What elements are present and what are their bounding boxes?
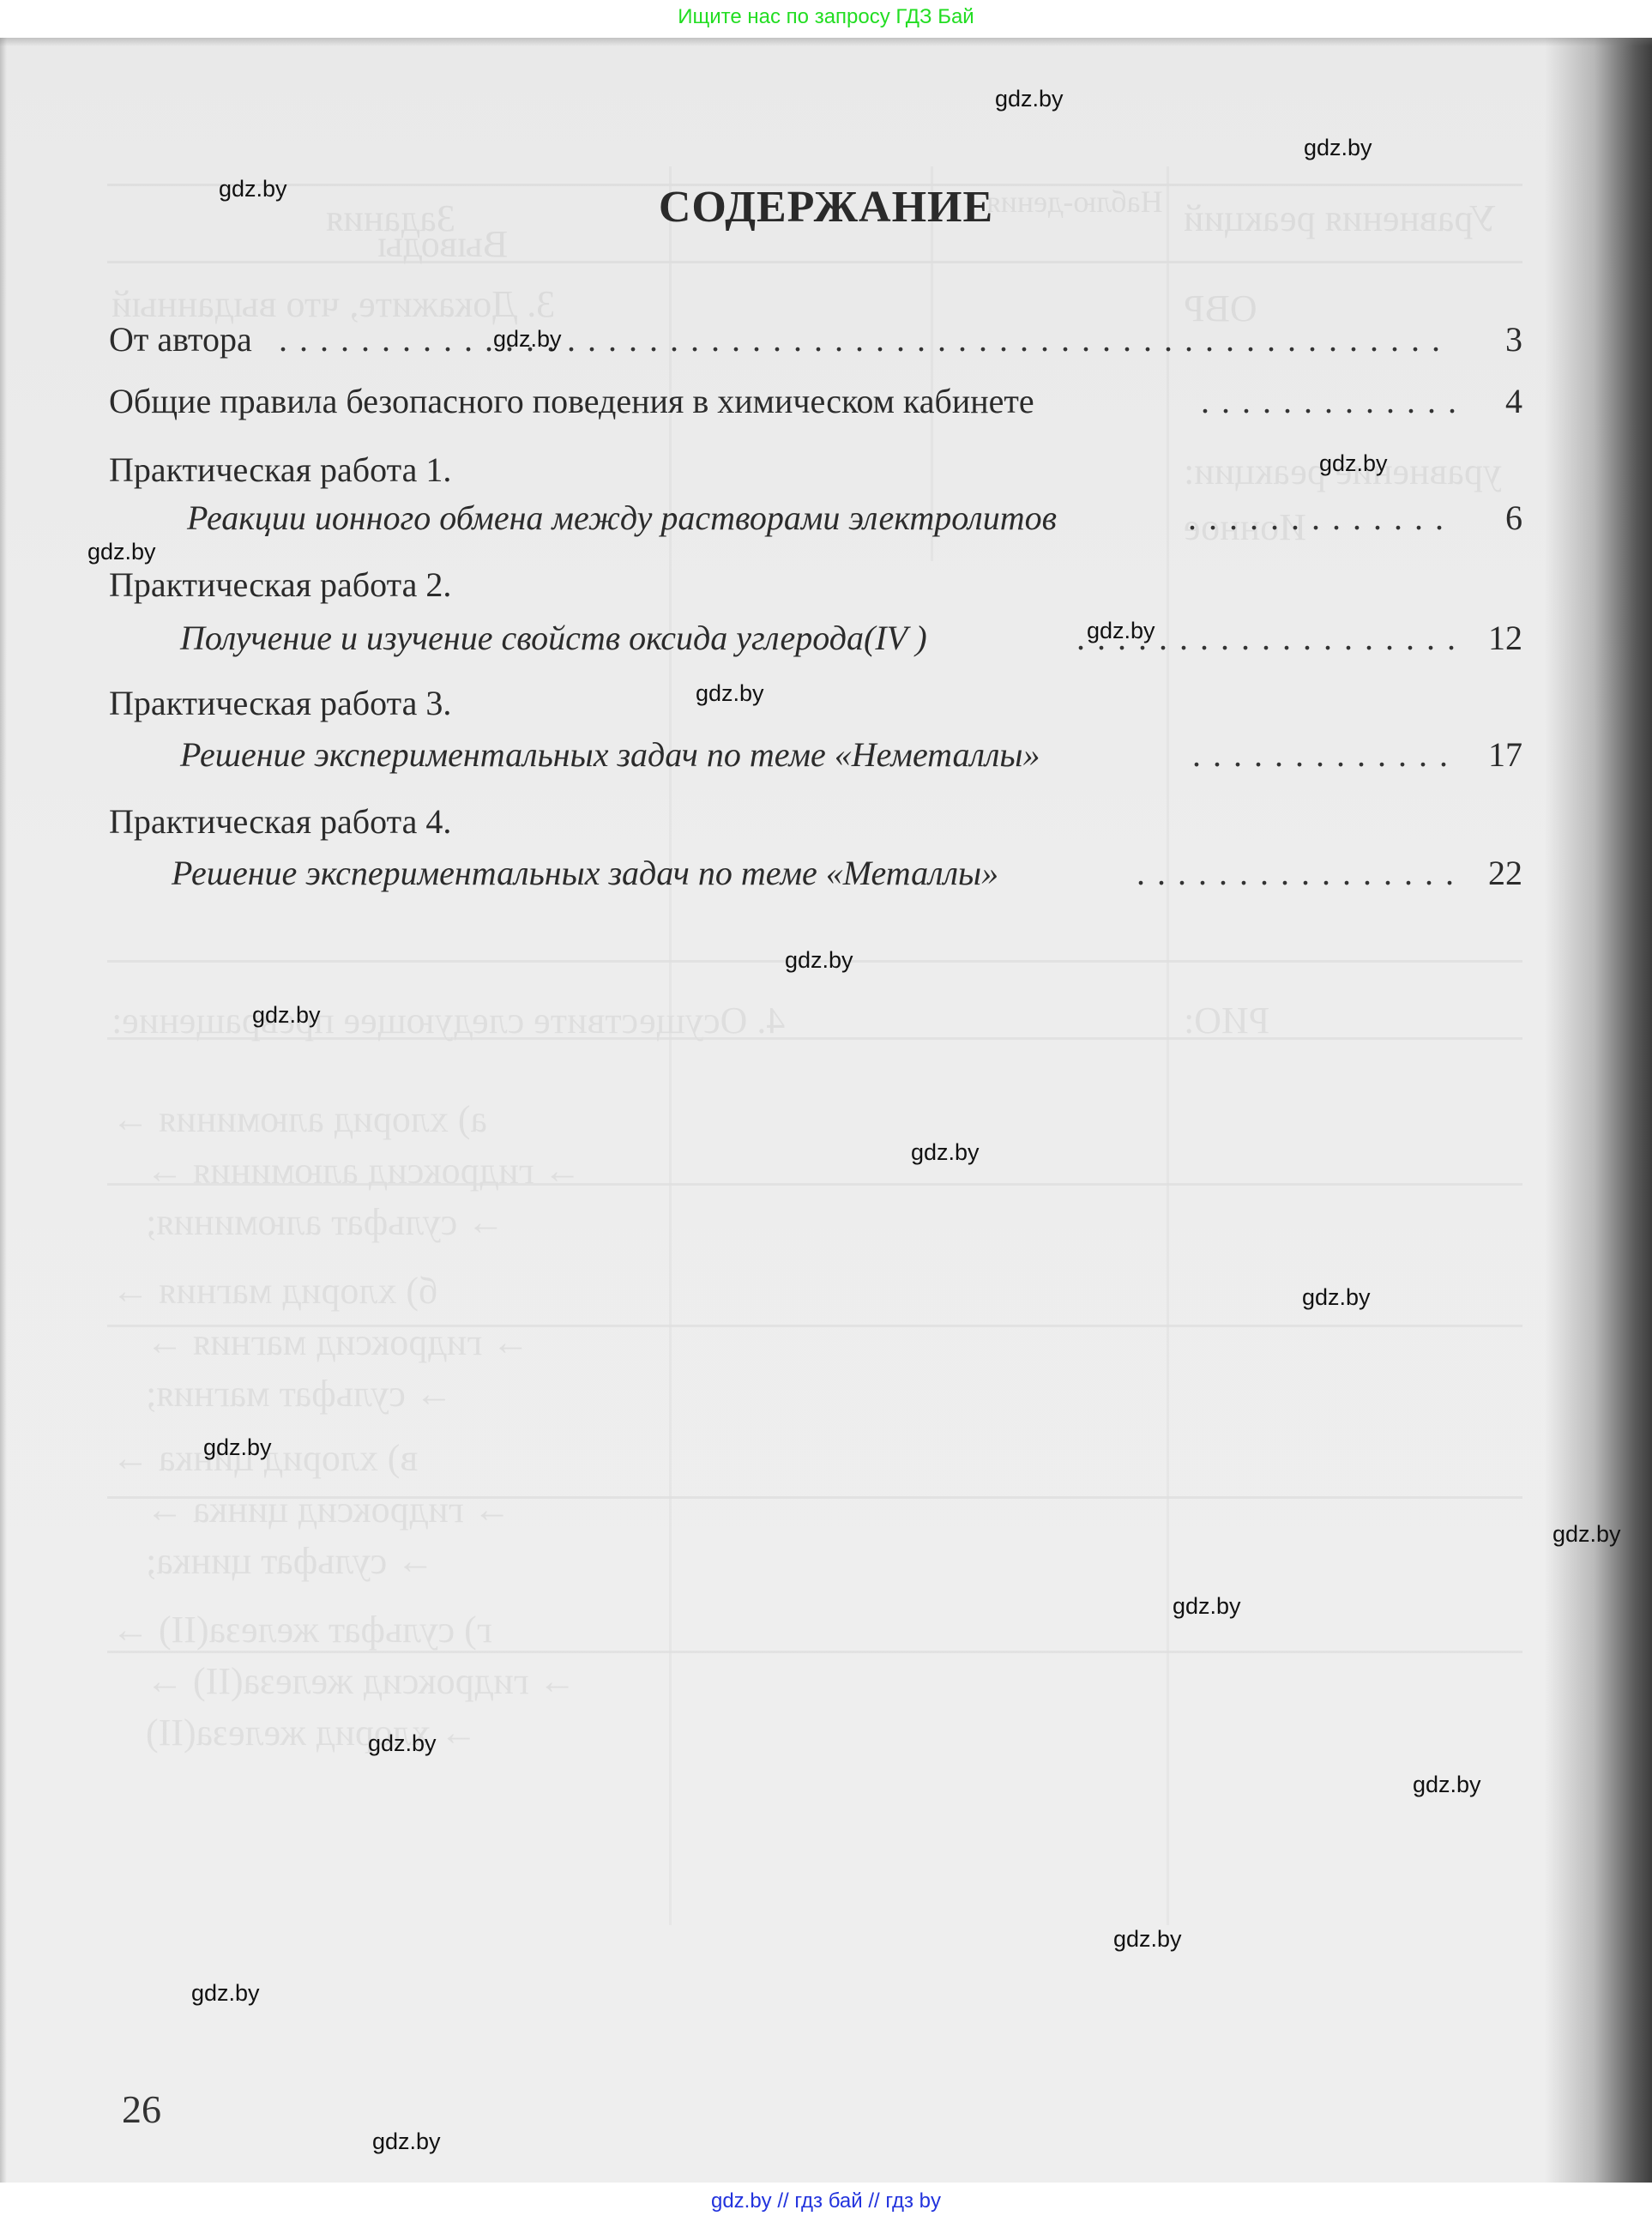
search-banner[interactable]: Ищите нас по запросу ГДЗ Бай — [0, 0, 1652, 38]
watermark: gdz.by — [785, 947, 853, 974]
watermark: gdz.by — [1304, 135, 1372, 161]
dot-leader: ............. — [1188, 498, 1456, 538]
watermark: gdz.by — [1302, 1284, 1371, 1311]
watermark: gdz.by — [1553, 1521, 1621, 1548]
toc-entry-title: Общие правила безопасного поведения в хи… — [109, 381, 1034, 421]
toc-entry-title: Практическая работа 3. — [109, 683, 451, 723]
dot-leader: ................ — [1137, 853, 1466, 893]
watermark: gdz.by — [368, 1730, 437, 1757]
watermark: gdz.by — [1087, 618, 1155, 644]
toc-entry-title: Реакции ионного обмена между растворами … — [187, 498, 1057, 538]
watermark: gdz.by — [696, 680, 764, 707]
watermark: gdz.by — [87, 539, 156, 565]
footer-links[interactable]: gdz.by // гдз бай // гдз by — [0, 2183, 1652, 2222]
toc-entry-page: 22 — [1488, 853, 1522, 893]
toc-entry-title: Практическая работа 4. — [109, 801, 451, 842]
watermark: gdz.by — [252, 1002, 321, 1029]
dot-leader: ............. — [1192, 734, 1460, 775]
watermark: gdz.by — [191, 1980, 260, 2007]
toc-entry-title: Решение экспериментальных задач по теме … — [172, 853, 998, 893]
toc-entry-page: 4 — [1505, 381, 1522, 421]
dot-leader: ............. — [1201, 381, 1468, 421]
watermark: gdz.by — [1319, 450, 1388, 477]
watermark: gdz.by — [1413, 1772, 1481, 1798]
watermark: gdz.by — [493, 326, 562, 353]
watermark: gdz.by — [911, 1139, 980, 1166]
scanned-page: Задания Выводы Наблю-дения Уравнения реа… — [0, 38, 1652, 2183]
toc-entry-title: Решение экспериментальных задач по теме … — [180, 734, 1040, 775]
watermark: gdz.by — [1113, 1926, 1182, 1953]
watermark: gdz.by — [1173, 1593, 1241, 1620]
toc-entry-title: Получение и изучение свойств оксида угле… — [180, 618, 927, 658]
watermark: gdz.by — [203, 1434, 272, 1461]
watermark: gdz.by — [995, 86, 1064, 112]
toc-entry-page: 17 — [1488, 734, 1522, 775]
toc-entry-title: Практическая работа 2. — [109, 565, 451, 605]
toc-entry-title: Практическая работа 1. — [109, 450, 451, 490]
bleed-through-layer: Задания Выводы Наблю-дения Уравнения реа… — [0, 38, 1652, 2183]
dot-leader: ........................................… — [279, 319, 1452, 359]
toc-entry-page: 12 — [1488, 618, 1522, 658]
watermark: gdz.by — [372, 2128, 441, 2155]
watermark: gdz.by — [219, 176, 287, 202]
toc-entry-page: 6 — [1505, 498, 1522, 538]
toc-entry-title: От автора — [109, 319, 252, 359]
toc-entry-page: 3 — [1505, 319, 1522, 359]
page-number: 26 — [122, 2086, 161, 2132]
